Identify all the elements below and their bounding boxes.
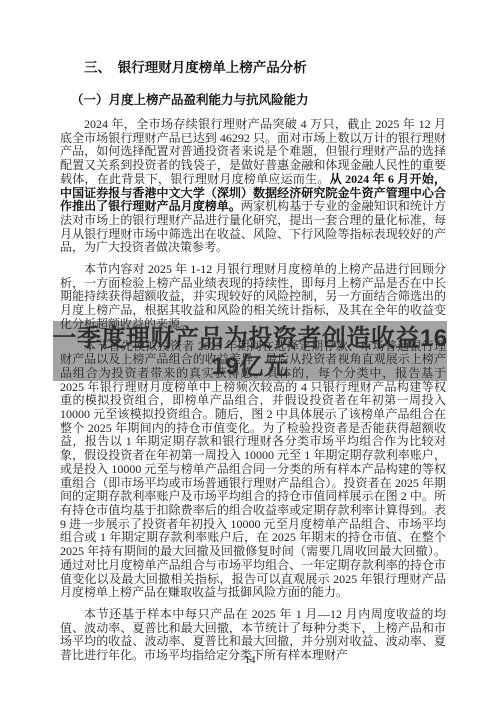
news-headline-line2: 19亿元 bbox=[0, 353, 500, 381]
page-number: 14 bbox=[0, 654, 500, 666]
paragraph-1: 2024 年，全市场存续银行理财产品突破 4 万只，截止 2025 年 12 月… bbox=[60, 118, 446, 255]
subsection-heading: （一）月度上榜产品盈利能力与抗风险能力 bbox=[71, 90, 446, 108]
news-headline-overlay: 一季度理财产品为投资者创造收益16 19亿元 bbox=[0, 325, 500, 381]
report-page: { "page": { "heading1": "三、 银行理财月度榜单上榜产品… bbox=[0, 0, 500, 707]
section-heading: 三、 银行理财月度榜单上榜产品分析 bbox=[84, 56, 446, 76]
paragraph-2: 本节内容对 2025 年 1-12 月银行理财月度榜单的上榜产品进行回顾分析，一… bbox=[60, 263, 446, 332]
news-headline-line1: 一季度理财产品为投资者创造收益16 bbox=[0, 325, 500, 353]
